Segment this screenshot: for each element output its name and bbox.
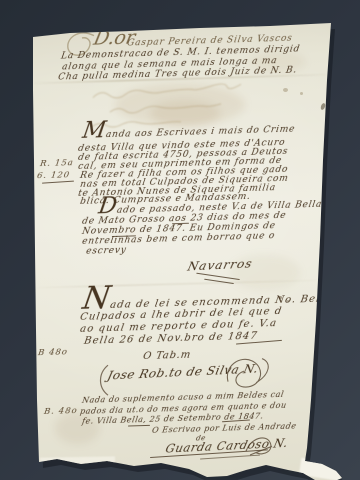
despacho-line: escrevy [85,247,127,257]
signature-flourish [196,273,240,281]
margin-fee-note: 6. 120 [36,170,70,181]
underline-stroke [42,181,74,184]
margin-fee-note: R. 15a [39,158,74,169]
signature-flourish-loops [222,352,276,394]
photo-background: D.or Gaspar Pereira de Silva Vascos La D… [0,0,360,480]
underline-stroke [128,425,150,427]
judge-signature: Navarros [186,256,254,273]
margin-note-b48: B. 48o [43,406,78,417]
officer-label: O Tab.m [142,351,191,362]
signature-flourish [204,279,234,285]
margin-note-b48: B 48o [37,347,68,358]
document-paper: D.or Gaspar Pereira de Silva Vascos La D… [0,0,360,480]
manuscript-content: D.or Gaspar Pereira de Silva Vascos La D… [0,0,360,480]
